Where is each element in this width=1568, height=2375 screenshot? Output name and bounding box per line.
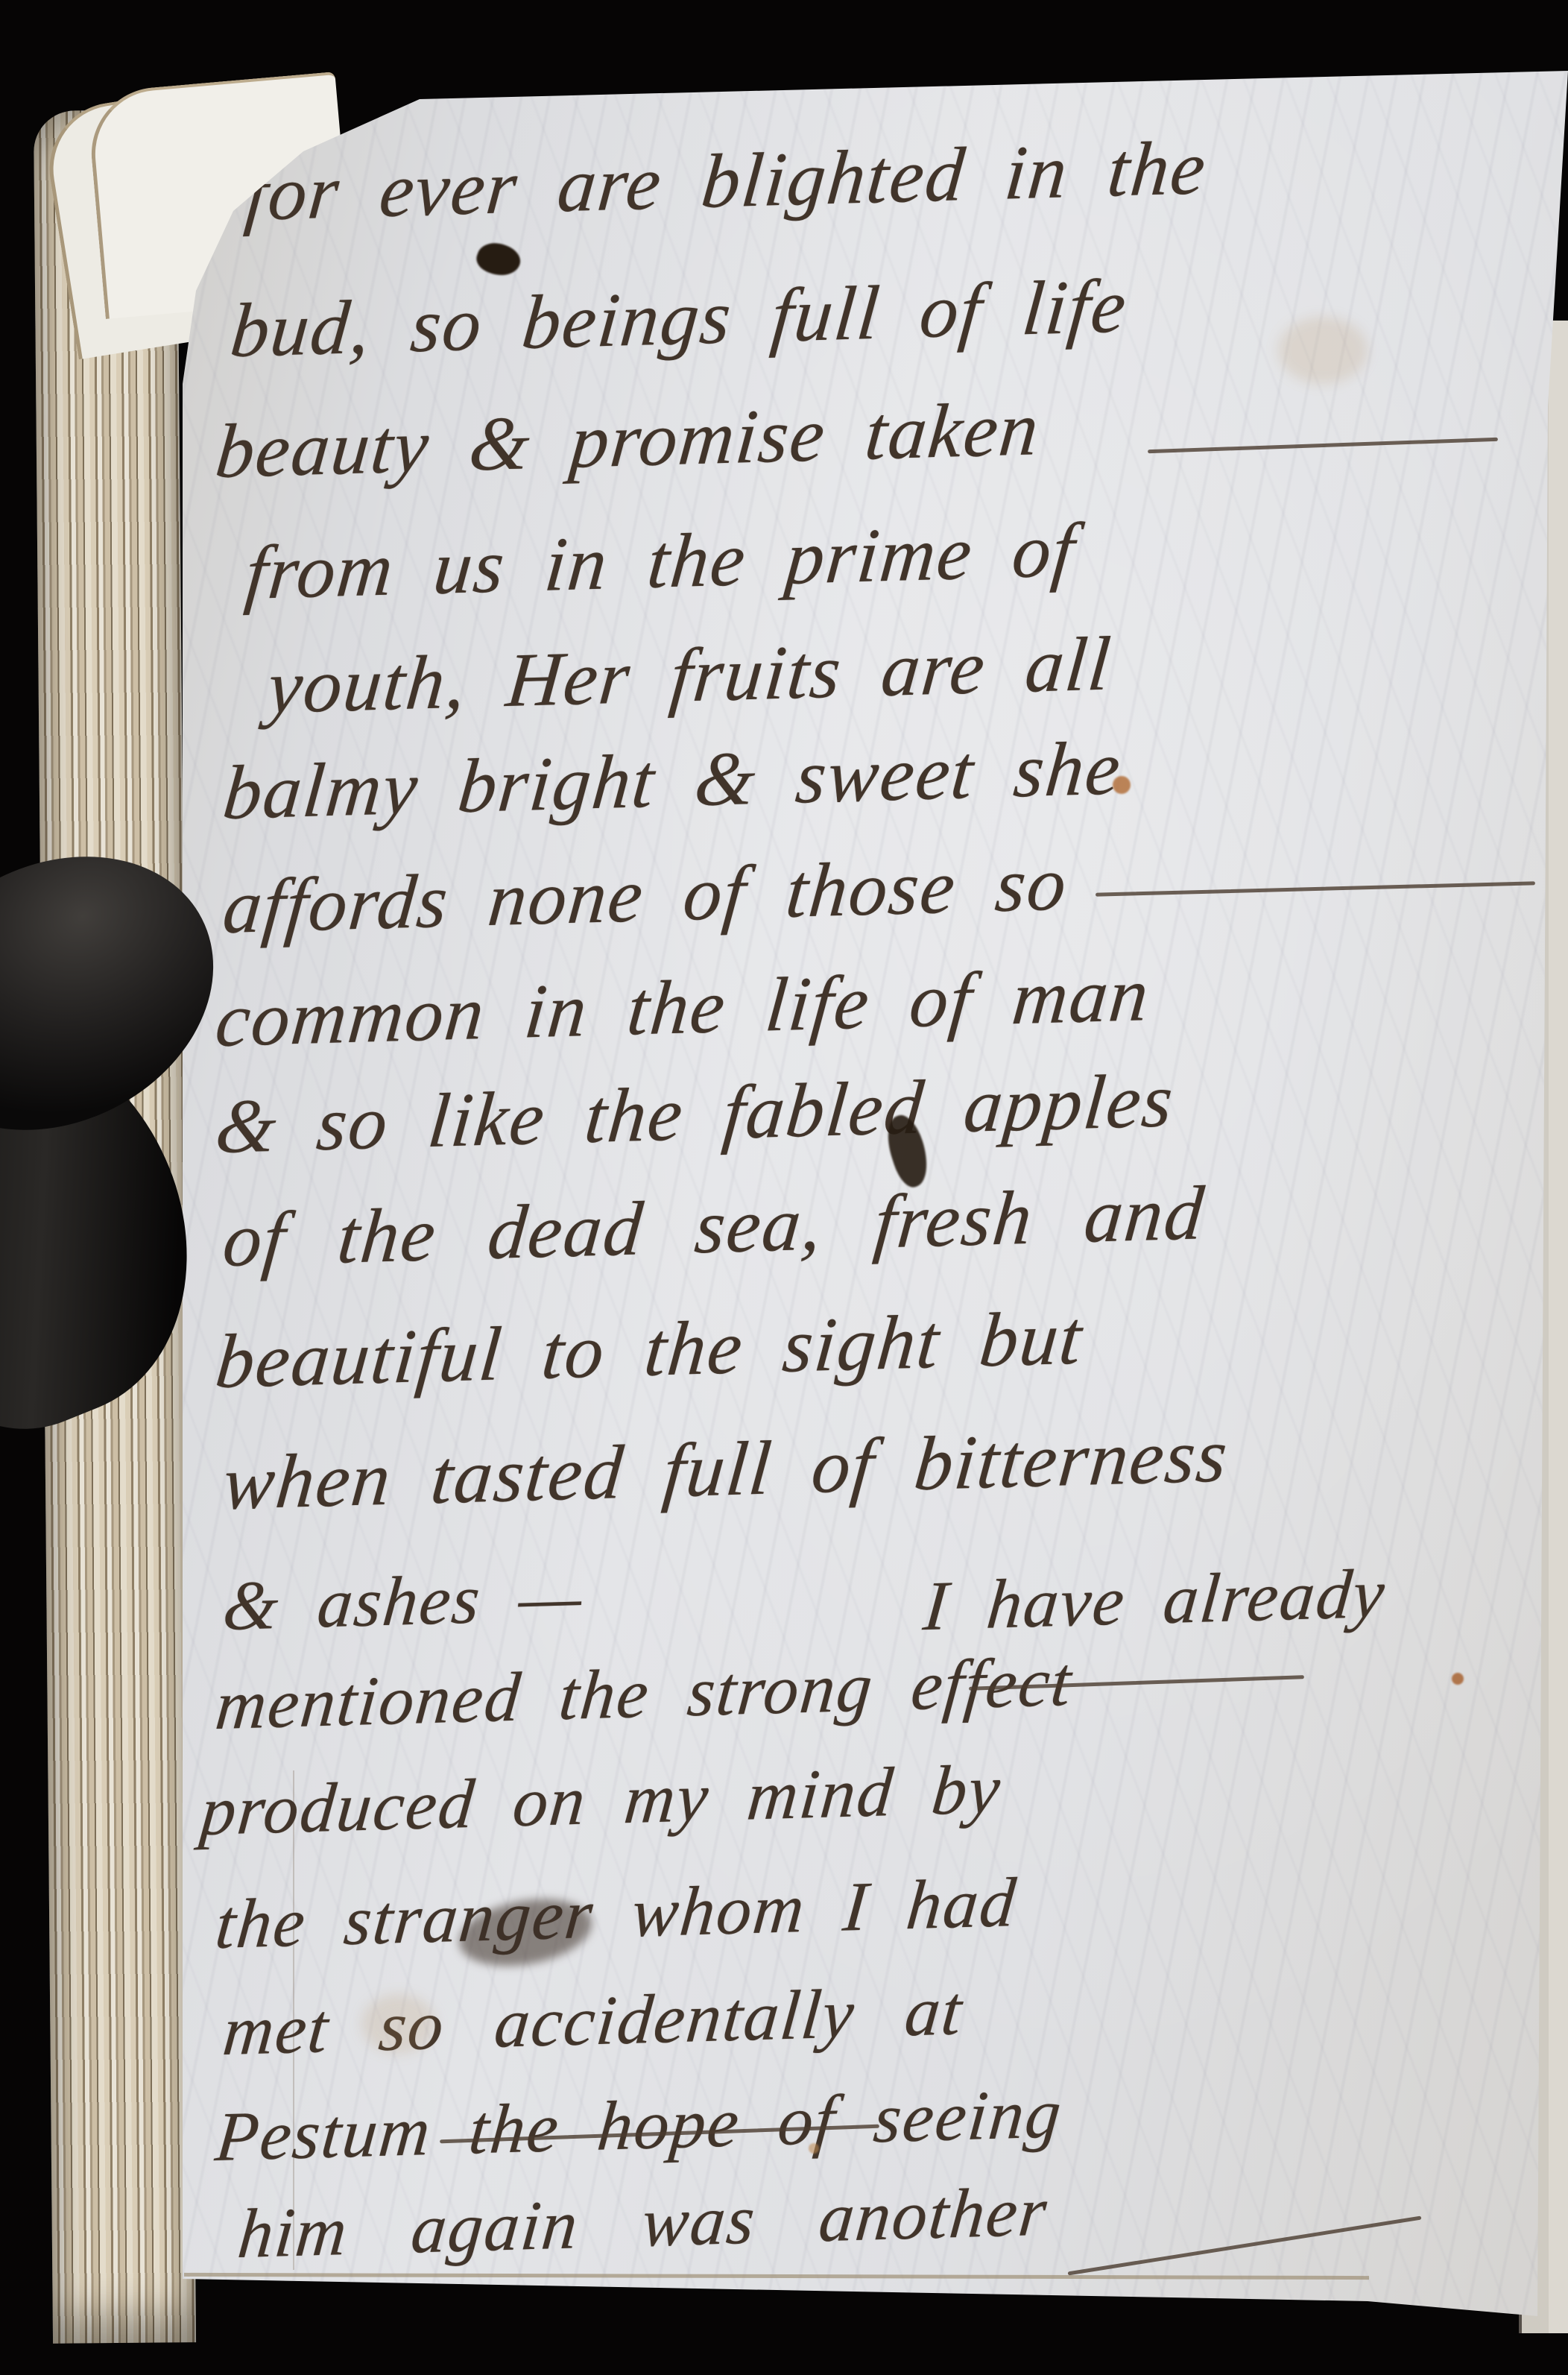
rust-spot xyxy=(809,2143,819,2154)
journal-page: for ever are blighted in the bud, so bei… xyxy=(160,71,1568,2330)
rust-spot xyxy=(1452,1673,1464,1685)
manuscript-line: & ashes — xyxy=(221,1561,587,1641)
foxing-stain xyxy=(1278,317,1368,384)
foxing-stain xyxy=(361,1994,436,2054)
rust-spot xyxy=(1113,776,1131,794)
manuscript-line: I have already xyxy=(921,1559,1389,1642)
photo-frame: for ever are blighted in the bud, so bei… xyxy=(0,0,1568,2375)
